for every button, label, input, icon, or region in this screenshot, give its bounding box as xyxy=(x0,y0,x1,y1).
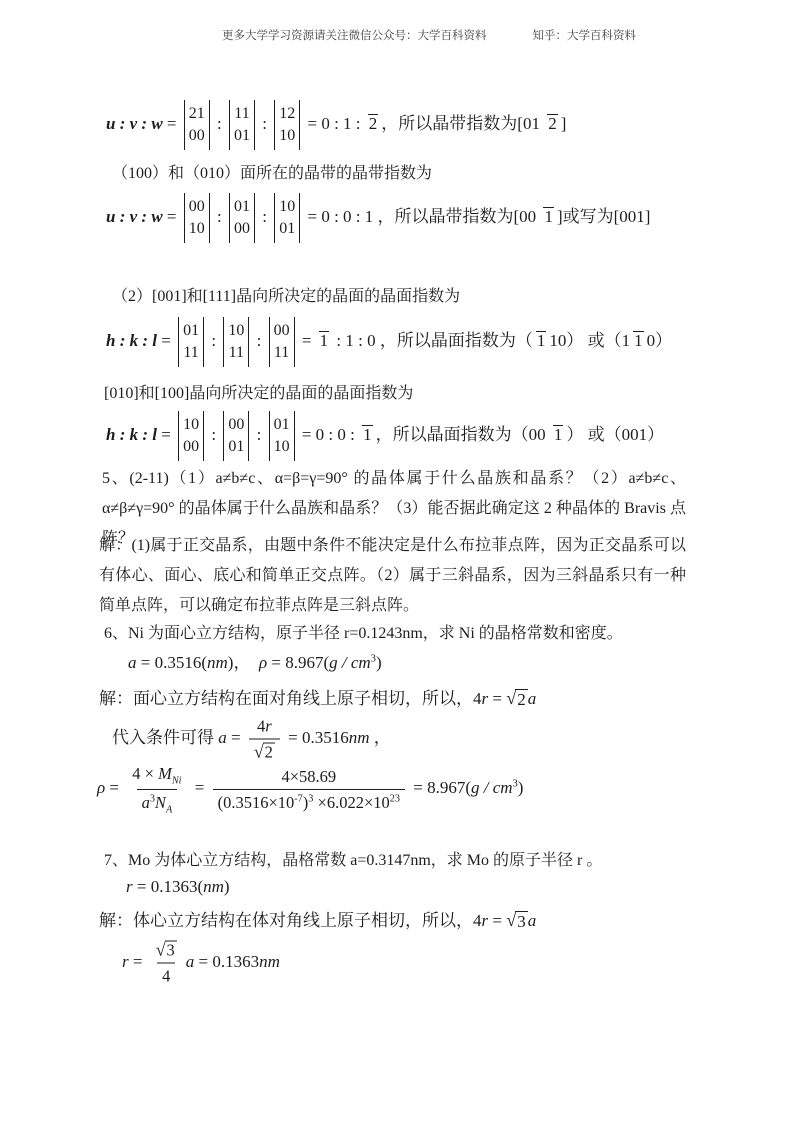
math-txt: = 0.3516( xyxy=(137,653,208,672)
math-txt: = 0 : 1 : xyxy=(303,114,365,133)
math-bi: h : k : l xyxy=(106,331,157,350)
math-txt: = 0 : 0 : xyxy=(298,425,360,444)
math-txt: 3 xyxy=(167,941,175,960)
fraction: 4r√2 xyxy=(249,716,280,763)
math-txt: ] xyxy=(561,114,567,133)
math-sup: 23 xyxy=(390,793,400,804)
math-it: a xyxy=(528,911,537,930)
math-it: a xyxy=(128,653,137,672)
math-it: r xyxy=(126,877,133,896)
math-txt: = xyxy=(298,331,316,350)
formula-zone-index-2: u : v : w = 0010 : 0100 : 1001 = 0 : 0 :… xyxy=(106,193,650,243)
math-txt: = xyxy=(105,778,123,797)
math-it: nm xyxy=(349,728,370,747)
header-wechat-text: 更多大学学习资源请关注微信公众号：大学百科资料 xyxy=(222,27,487,43)
math-it: ρ xyxy=(97,778,105,797)
math-txt: 4×58.69 xyxy=(281,767,336,786)
math-txt: : xyxy=(213,114,226,133)
math-txt: = xyxy=(157,425,175,444)
square-root: √2 xyxy=(506,689,528,710)
math-it: r xyxy=(265,717,271,736)
math-it: a xyxy=(528,689,537,708)
formula-a-substitution: 代入条件可得 a = 4r√2 = 0.3516nm ， xyxy=(112,716,391,763)
answer-5: 解：(1)属于正交晶系，由题中条件不能决定是什么布拉菲点阵，因为正交晶系可以有体… xyxy=(99,531,686,621)
math-txt: ×6.022×10 xyxy=(313,793,389,812)
math-txt: = 0 : 0 : 1 ，所以晶带指数为[00 xyxy=(303,207,540,226)
math-it: nm xyxy=(259,952,280,971)
formula-mo-result: r = 0.1363(nm) xyxy=(126,876,230,898)
math-it: r xyxy=(122,952,129,971)
math-txt: 4 × xyxy=(132,764,158,783)
math-it: M xyxy=(158,764,172,783)
determinant: 0010 xyxy=(184,193,210,243)
math-txt: : xyxy=(258,114,271,133)
math-txt: ，所以晶面指数为（00 xyxy=(376,425,550,444)
document-page: 更多大学学习资源请关注微信公众号：大学百科资料 知乎：大学百科资料 u : v … xyxy=(0,0,793,1122)
answer-6-solution-line: 解：面心立方结构在面对角线上原子相切，所以，4r = √2a xyxy=(99,688,536,710)
math-it: nm xyxy=(203,877,224,896)
math-bar: 1 xyxy=(362,425,373,444)
math-txt: = xyxy=(227,728,245,747)
math-bar: 2 xyxy=(547,114,558,133)
determinant: 2100 xyxy=(184,100,210,150)
math-it: g / cm xyxy=(471,778,513,797)
math-txt: : xyxy=(258,207,271,226)
math-txt: : xyxy=(207,425,220,444)
math-txt: 4 xyxy=(162,967,170,986)
math-txt: 解：体心立方结构在体对角线上原子相切，所以，4 xyxy=(99,911,482,930)
math-txt: ） 或（001） xyxy=(566,425,664,444)
fraction: 4×58.69(0.3516×10-7)3 ×6.022×1023 xyxy=(213,766,405,813)
math-txt: = 8.967( xyxy=(409,778,471,797)
math-txt: 10） 或（1 xyxy=(549,331,630,350)
math-txt: (0.3516×10 xyxy=(218,793,295,812)
determinant: 0100 xyxy=(229,193,255,243)
math-bar: 1 xyxy=(536,331,547,350)
math-txt: ) xyxy=(518,778,524,797)
math-txt: = 0.1363 xyxy=(194,952,259,971)
math-txt: ]或写为[001] xyxy=(557,207,650,226)
math-it: a xyxy=(218,728,227,747)
math-it: a xyxy=(186,952,195,971)
line-dir-010-100: [010]和[100]晶向所决定的晶面的晶面指数为 xyxy=(104,384,413,404)
square-root: √3 xyxy=(506,911,528,932)
math-txt: 代入条件可得 xyxy=(112,728,218,747)
determinant: 0001 xyxy=(223,411,249,461)
math-txt: = xyxy=(163,114,181,133)
math-txt: = xyxy=(488,911,506,930)
math-txt: ) xyxy=(376,653,382,672)
math-txt: = 8.967( xyxy=(267,653,329,672)
determinant: 0110 xyxy=(269,411,295,461)
formula-ni-results: a = 0.3516(nm)， ρ = 8.967(g / cm3) xyxy=(128,652,382,674)
math-txt: )， xyxy=(228,653,259,672)
fraction: 4 × MNia3NA xyxy=(127,763,186,815)
math-it: g / cm xyxy=(329,653,371,672)
math-txt: = xyxy=(129,952,147,971)
question-6: 6、Ni 为面心立方结构，原子半径 r=0.1243nm，求 Ni 的晶格常数和… xyxy=(104,624,623,644)
math-txt: = 0.1363( xyxy=(133,877,204,896)
math-bar: 1 xyxy=(553,425,564,444)
math-txt: = xyxy=(488,689,506,708)
math-it: N xyxy=(155,793,166,812)
determinant: 0111 xyxy=(178,317,204,367)
math-bar: 2 xyxy=(368,114,379,133)
formula-density: ρ = 4 × MNia3NA = 4×58.69(0.3516×10-7)3 … xyxy=(97,763,523,815)
math-txt: = xyxy=(163,207,181,226)
formula-mo-radius: r = √34a = 0.1363nm xyxy=(122,940,280,987)
determinant: 1001 xyxy=(274,193,300,243)
math-txt: : 1 : 0 ，所以晶面指数为（ xyxy=(332,331,533,350)
math-bar: 1 xyxy=(543,207,554,226)
determinant: 0011 xyxy=(269,317,295,367)
header-zhihu-text: 知乎：大学百科资料 xyxy=(533,27,637,43)
math-bi: h : k : l xyxy=(106,425,157,444)
math-it: a xyxy=(142,793,150,812)
math-txt: : xyxy=(213,207,226,226)
math-txt: 3 xyxy=(517,912,526,931)
square-root: √2 xyxy=(254,743,275,763)
math-txt: 解：面心立方结构在面对角线上原子相切，所以，4 xyxy=(99,689,482,708)
line-part2-directions: （2）[001]和[111]晶向所决定的晶面的晶面指数为 xyxy=(112,287,460,307)
math-sub: Ni xyxy=(172,775,182,786)
math-bar: 1 xyxy=(319,331,330,350)
determinant: 1000 xyxy=(178,411,204,461)
math-txt: ) xyxy=(224,877,230,896)
math-txt: 2 xyxy=(517,690,526,709)
math-txt: = 0.3516 xyxy=(284,728,349,747)
fraction: √34 xyxy=(151,940,182,987)
math-txt: = xyxy=(190,778,208,797)
math-sub: A xyxy=(166,804,172,815)
math-bi: u : v : w xyxy=(106,114,163,133)
determinant: 1011 xyxy=(223,317,249,367)
formula-plane-index-2: h : k : l = 1000 : 0001 : 0110 = 0 : 0 :… xyxy=(106,411,664,461)
formula-plane-index-1: h : k : l = 0111 : 1011 : 0011 = 1 : 1 :… xyxy=(106,317,672,367)
math-bi: u : v : w xyxy=(106,207,163,226)
math-bar: 1 xyxy=(633,331,644,350)
math-txt: : xyxy=(207,331,220,350)
math-it: nm xyxy=(207,653,228,672)
math-it: ρ xyxy=(259,653,267,672)
determinant: 1210 xyxy=(274,100,300,150)
square-root: √3 xyxy=(156,941,177,961)
math-txt: : xyxy=(252,425,265,444)
answer-7-solution-line: 解：体心立方结构在体对角线上原子相切，所以，4r = √3a xyxy=(99,910,536,932)
line-plane-100-010: （100）和（010）面所在的晶带的晶带指数为 xyxy=(112,164,432,184)
question-7: 7、Mo 为体心立方结构，晶格常数 a=0.3147nm，求 Mo 的原子半径 … xyxy=(104,851,602,871)
math-txt: 2 xyxy=(265,743,273,762)
math-txt: ， xyxy=(370,728,391,747)
math-txt: 0） xyxy=(647,331,673,350)
math-txt: : xyxy=(252,331,265,350)
math-txt: = xyxy=(157,331,175,350)
math-sup: -7 xyxy=(294,793,303,804)
math-txt: ，所以晶带指数为[01 xyxy=(381,114,544,133)
determinant: 1101 xyxy=(229,100,255,150)
formula-zone-index-1: u : v : w = 2100 : 1101 : 1210 = 0 : 1 :… xyxy=(106,100,566,150)
page-header: 更多大学学习资源请关注微信公众号：大学百科资料 知乎：大学百科资料 xyxy=(222,27,636,43)
